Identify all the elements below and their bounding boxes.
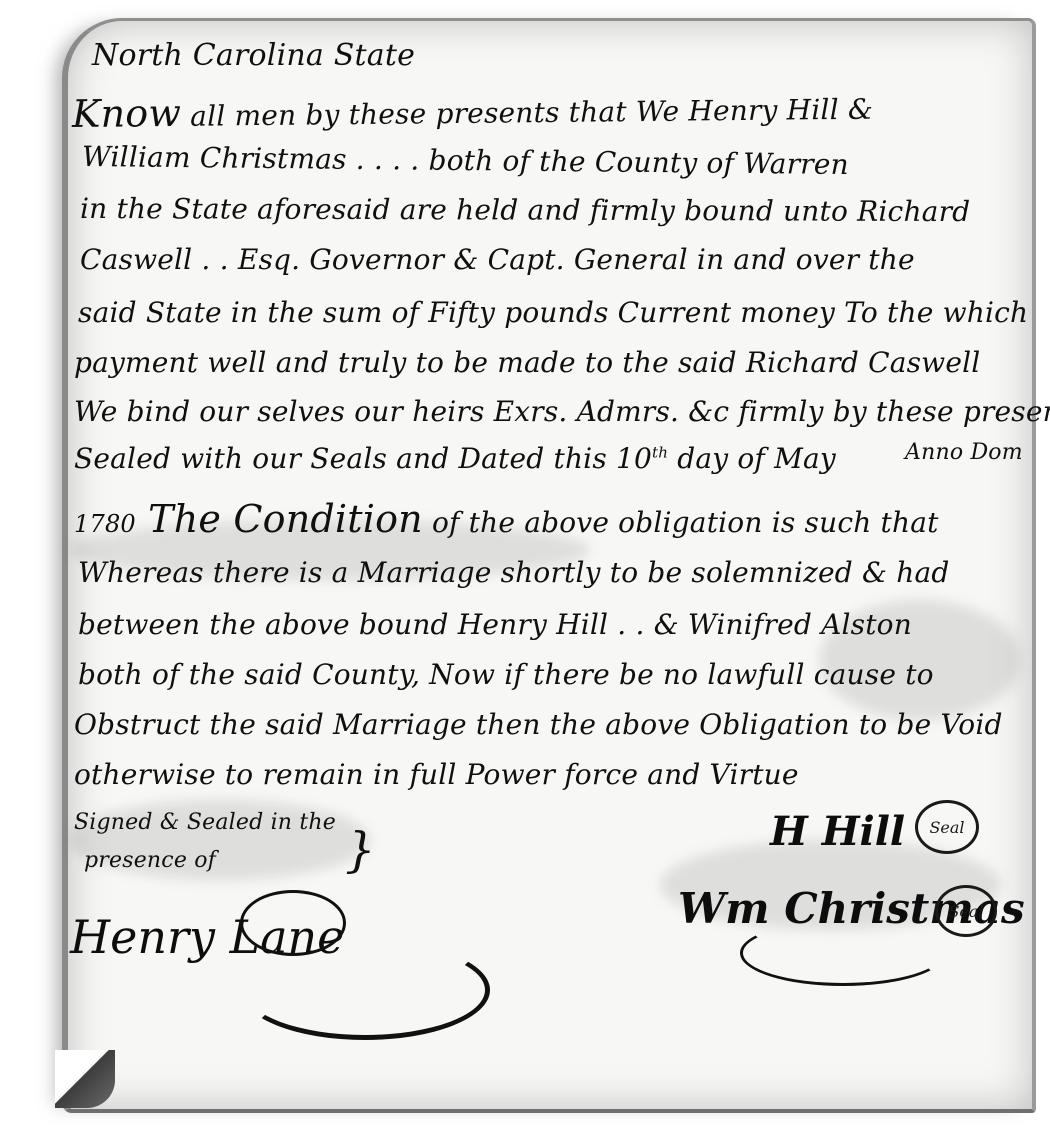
seal-hill: Seal	[915, 800, 979, 854]
attestation-line-1: Signed & Sealed in the	[74, 810, 336, 835]
body-line-13: Obstruct the said Marriage then the abov…	[74, 708, 1003, 741]
signature-flourish	[740, 920, 946, 986]
body-line-6: payment well and truly to be made to the…	[74, 346, 980, 379]
year: 1780	[74, 510, 136, 538]
signature-hill: H Hill	[770, 808, 905, 855]
know-lead-word: Know	[72, 91, 182, 136]
seal-christmas: Seal	[935, 885, 997, 937]
body-line-5: said State in the sum of Fifty pounds Cu…	[78, 296, 1028, 329]
body-line-11: between the above bound Henry Hill . . &…	[78, 608, 912, 641]
attestation-line-2: presence of	[84, 848, 216, 873]
folded-corner	[55, 1050, 115, 1108]
body-line-14: otherwise to remain in full Power force …	[74, 758, 799, 791]
body-line-4: Caswell . . Esq. Governor & Capt. Genera…	[80, 243, 915, 276]
document-heading: North Carolina State	[92, 38, 415, 73]
anno-domini: Anno Dom	[905, 440, 1023, 465]
body-line-1: Know all men by these presents that We H…	[72, 84, 873, 136]
body-line-10: Whereas there is a Marriage shortly to b…	[78, 556, 950, 589]
body-line-7: We bind our selves our heirs Exrs. Admrs…	[74, 395, 1050, 428]
body-line-8: Sealed with our Seals and Dated this 10t…	[74, 442, 836, 475]
brace: }	[345, 822, 376, 878]
body-line-3: in the State aforesaid are held and firm…	[80, 192, 970, 228]
signature-flourish	[240, 940, 490, 1040]
condition-heading: The Condition	[136, 497, 423, 541]
body-line-9: 1780 The Condition of the above obligati…	[74, 497, 939, 541]
body-line-12: both of the said County, Now if there be…	[78, 658, 934, 691]
